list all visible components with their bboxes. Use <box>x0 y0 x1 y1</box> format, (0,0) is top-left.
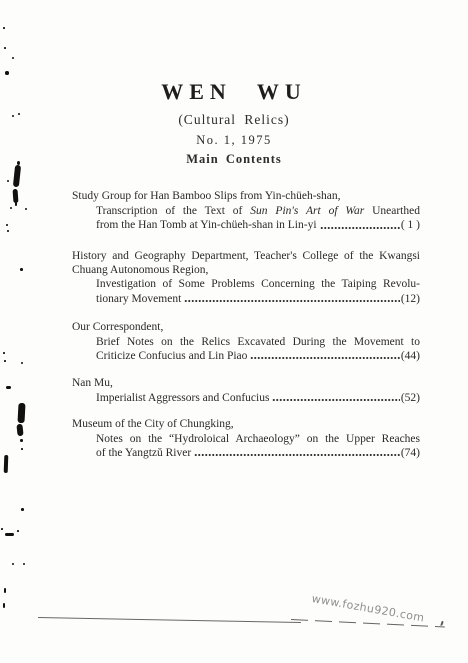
ink-blot <box>13 189 19 203</box>
toc-entries: Study Group for Han Bamboo Slips from Yi… <box>72 189 420 460</box>
page-number: (44) <box>401 349 420 363</box>
page-header: WEN WU (Cultural Relics) No. 1, 1975 Mai… <box>0 79 468 167</box>
ink-speck <box>7 230 9 232</box>
scanned-toc-page: WEN WU (Cultural Relics) No. 1, 1975 Mai… <box>0 0 468 663</box>
ink-blot <box>13 165 21 188</box>
entry-title-line: Imperialist Aggressors and Confucius (52… <box>96 391 420 405</box>
entry-author-line: History and Geography Department, Teache… <box>72 249 420 263</box>
ink-speck <box>3 603 5 608</box>
ink-blot <box>5 533 14 536</box>
title-text: Imperialist Aggressors and Confucius <box>96 391 269 405</box>
ink-speck <box>4 360 6 362</box>
ink-speck <box>7 180 9 182</box>
dot-leader <box>194 453 400 457</box>
ink-blot <box>16 424 23 437</box>
ink-speck <box>4 588 6 593</box>
ink-speck <box>6 224 8 226</box>
dot-leader <box>250 356 399 360</box>
title-text: from the Han Tomb at Yin-chüeh-shan in L… <box>96 218 317 232</box>
toc-entry: Nan Mu, Imperialist Aggressors and Confu… <box>72 376 420 405</box>
ink-speck <box>17 530 19 532</box>
ink-speck <box>17 161 20 165</box>
ink-speck <box>3 27 5 29</box>
contents-heading: Main Contents <box>0 152 468 167</box>
ink-speck <box>23 563 25 565</box>
ink-speck <box>4 47 6 49</box>
entry-title-line: from the Han Tomb at Yin-chüeh-shan in L… <box>96 218 420 232</box>
ink-speck <box>12 115 14 117</box>
page-number: ( 1 ) <box>401 218 420 232</box>
title-text: Transcription of the Text of <box>96 205 250 217</box>
dot-leader <box>272 398 399 402</box>
title-text: Criticize Confucius and Lin Piao <box>96 349 247 363</box>
ink-speck <box>21 508 24 511</box>
toc-entry: Museum of the City of Chungking, Notes o… <box>72 417 420 460</box>
dot-leader <box>184 299 400 303</box>
ink-speck <box>12 563 14 565</box>
page-title: WEN WU <box>0 79 468 105</box>
page-number: (12) <box>401 292 420 306</box>
title-text-italic: Sun Pin's Art of War <box>250 205 364 217</box>
ink-speck <box>21 448 23 450</box>
page-number: (74) <box>401 446 420 460</box>
title-text: Unearthed <box>364 205 420 217</box>
toc-entry: History and Geography Department, Teache… <box>72 249 420 307</box>
ink-speck <box>10 207 12 209</box>
ink-speck <box>18 113 20 115</box>
title-text: tionary Movement <box>96 292 181 306</box>
toc-entry: Study Group for Han Bamboo Slips from Yi… <box>72 189 420 232</box>
ink-speck <box>21 362 23 364</box>
entry-author-line: Museum of the City of Chungking, <box>72 417 420 431</box>
entry-title-line: Brief Notes on the Relics Excavated Duri… <box>96 335 420 349</box>
issue-number: No. 1, 1975 <box>0 133 468 148</box>
scan-crease-line <box>38 617 301 623</box>
entry-author-line: Our Correspondent, <box>72 320 420 334</box>
entry-author-line: Nan Mu, <box>72 376 420 390</box>
ink-blot <box>17 403 25 423</box>
entry-title-line: Criticize Confucius and Lin Piao (44) <box>96 349 420 363</box>
ink-speck <box>6 386 11 389</box>
entry-title-line: tionary Movement (12) <box>96 292 420 306</box>
ink-speck <box>20 439 23 442</box>
entry-title-line: of the Yangtzŭ River (74) <box>96 446 420 460</box>
toc-entry: Our Correspondent, Brief Notes on the Re… <box>72 320 420 363</box>
ink-speck <box>20 268 23 271</box>
ink-speck <box>25 208 27 210</box>
ink-speck <box>15 202 17 206</box>
entry-author-line: Chuang Autonomous Region, <box>72 263 420 277</box>
entry-title-line: Transcription of the Text of Sun Pin's A… <box>96 204 420 218</box>
ink-speck <box>12 57 14 59</box>
ink-speck <box>1 528 3 530</box>
entry-title-line: Notes on the “Hydroloical Archaeology” o… <box>96 432 420 446</box>
watermark-text: www.fozhu920.com <box>311 592 426 625</box>
ink-speck <box>3 352 5 354</box>
ink-speck <box>5 71 9 75</box>
page-subtitle: (Cultural Relics) <box>0 112 468 128</box>
ink-blot <box>4 455 9 473</box>
title-text: of the Yangtzŭ River <box>96 446 191 460</box>
entry-title-line: Investigation of Some Problems Concernin… <box>96 277 420 291</box>
entry-author-line: Study Group for Han Bamboo Slips from Yi… <box>72 189 420 203</box>
dot-leader <box>320 226 400 230</box>
page-number: (52) <box>401 391 420 405</box>
